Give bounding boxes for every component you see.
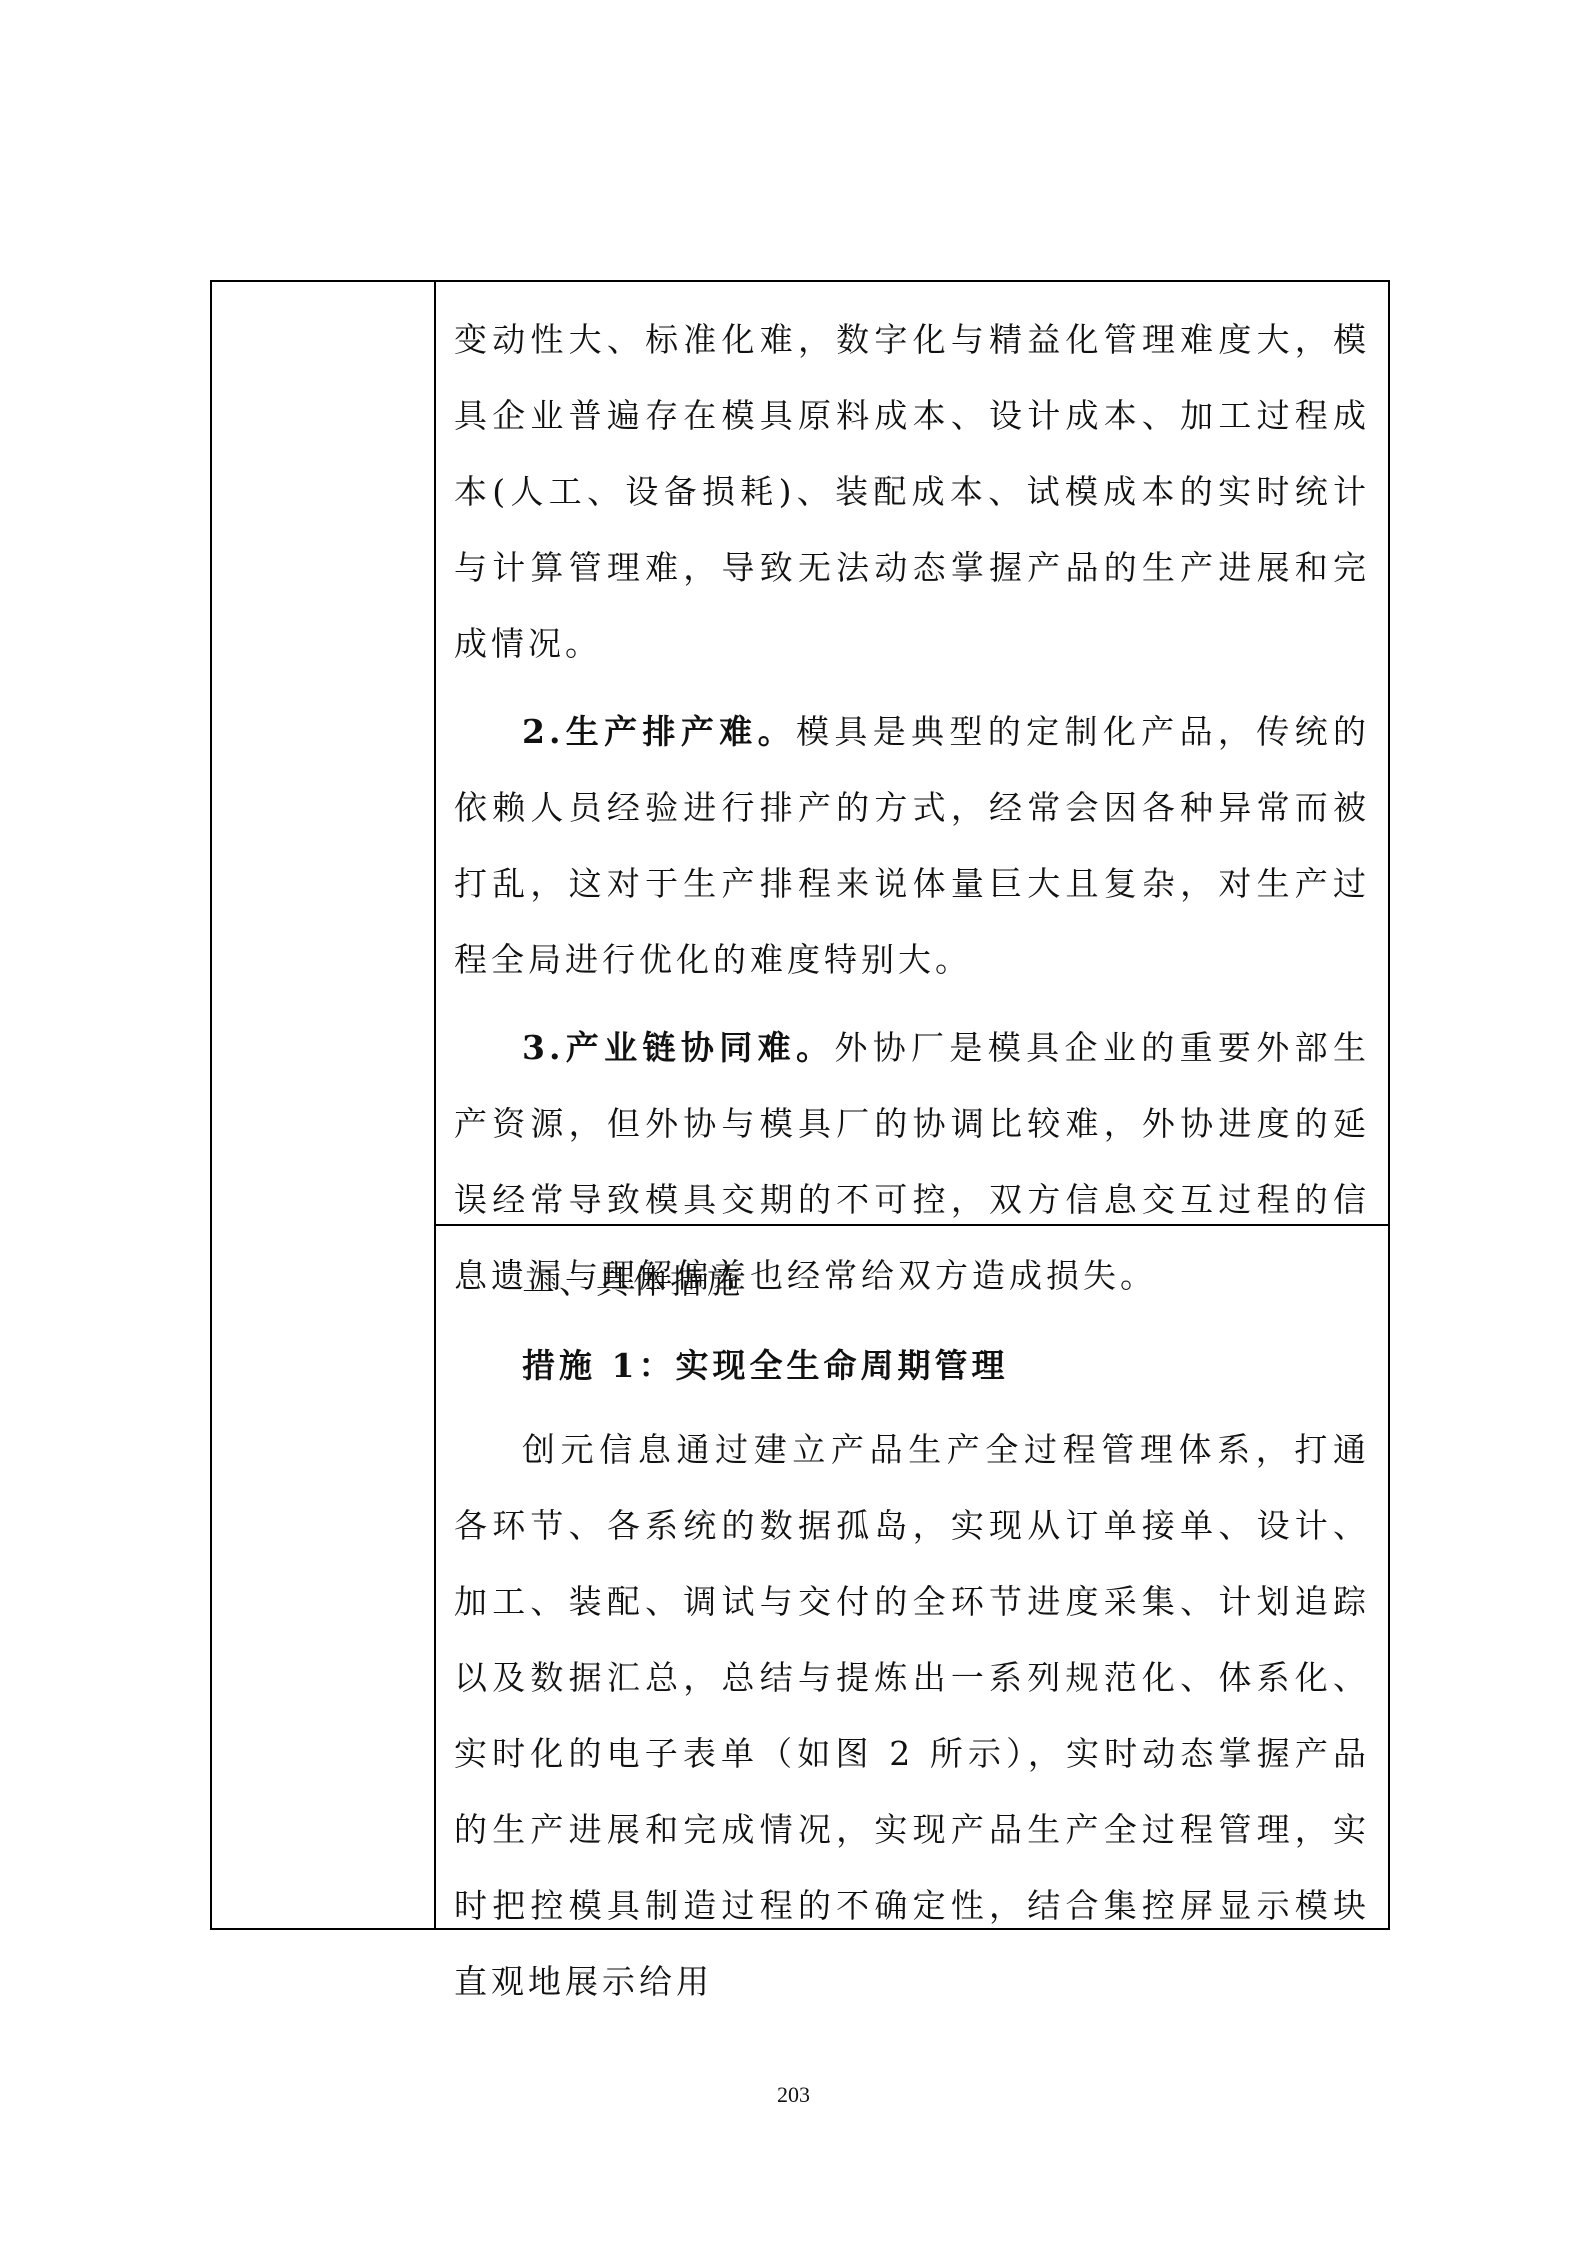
paragraph-item-2: 2.生产排产难。模具是典型的定制化产品，传统的依赖人员经验进行排产的方式，经常会…: [454, 694, 1370, 998]
paragraph-continuation: 变动性大、标准化难，数字化与精益化管理难度大，模具企业普遍存在模具原料成本、设计…: [454, 302, 1370, 682]
table-cell-measures: 二、具体措施 措施 1：实现全生命周期管理 创元信息通过建立产品生产全过程管理体…: [436, 1226, 1388, 1928]
measure-1-body: 创元信息通过建立产品生产全过程管理体系，打通各环节、各系统的数据孤岛，实现从订单…: [454, 1412, 1370, 2020]
item-2-body: 模具是典型的定制化产品，传统的依赖人员经验进行排产的方式，经常会因各种异常而被打…: [454, 712, 1370, 979]
table-left-column: [212, 282, 436, 1928]
measure-1-heading: 措施 1：实现全生命周期管理: [454, 1328, 1370, 1404]
page-number: 203: [0, 2082, 1587, 2108]
item-2-title: 2.生产排产难。: [522, 712, 796, 751]
item-3-title: 3.产业链协同难。: [522, 1028, 834, 1067]
section-heading: 二、具体措施: [454, 1244, 1370, 1320]
table-cell-challenges: 变动性大、标准化难，数字化与精益化管理难度大，模具企业普遍存在模具原料成本、设计…: [436, 282, 1388, 1226]
content-table: 变动性大、标准化难，数字化与精益化管理难度大，模具企业普遍存在模具原料成本、设计…: [210, 280, 1390, 1930]
